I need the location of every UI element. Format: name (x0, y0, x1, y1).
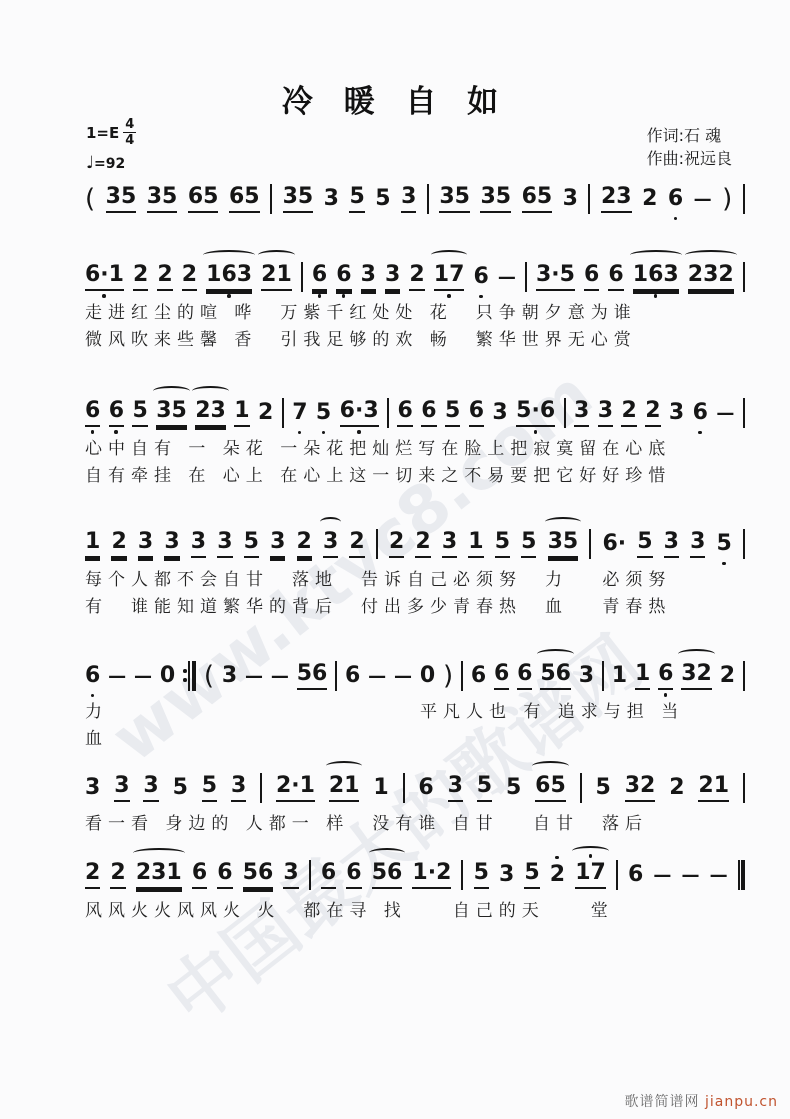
system-5: 6——0(3——566——0)666563116322力平凡人也 有 追求与担 … (85, 655, 745, 751)
note-token: 6 (345, 664, 360, 688)
note-token: 3 (323, 530, 338, 557)
note-token: 2 (85, 861, 100, 888)
barline (335, 661, 337, 691)
barline (309, 860, 311, 890)
dash-extension: — (394, 666, 412, 687)
barline (743, 773, 745, 803)
note-token: 3 (492, 401, 507, 425)
note-token: 2 (349, 530, 364, 557)
barline (564, 398, 566, 428)
note-token: 6 (471, 664, 486, 688)
barline (588, 184, 590, 214)
note-token: 35 (106, 185, 137, 212)
note-token: 6 (109, 399, 124, 426)
barline (743, 262, 745, 292)
note-token: 3 (143, 774, 158, 801)
dash-extension: — (498, 267, 516, 288)
notation-line: 6——0(3——566——0)666563116322 (85, 655, 745, 697)
note-token: 2 (645, 399, 660, 426)
note-token: 6 (473, 265, 488, 289)
note-token: 65 (188, 185, 219, 212)
dash-extension: — (716, 403, 734, 424)
lyric-line: 风风火火风风火 火 都在寻 找 自己的天 堂 (85, 896, 745, 923)
lyric-line: 微风吹来些馨 香 引我足够的欢 畅 繁华世界无心赏 (85, 325, 745, 352)
notation-line: 12333353232223155356·5335 (85, 523, 745, 565)
note-token: 3 (442, 530, 457, 557)
note-token: 3 (669, 401, 684, 425)
note-token: 6 (668, 187, 683, 211)
lyric-line: 自有牵挂 在 心上 在心上这一切来之不易要把它好好珍惜 (85, 461, 745, 488)
dash-extension: — (694, 189, 712, 210)
note-token: 2 (669, 776, 684, 800)
note-token: 232 (688, 263, 734, 290)
lyric-segment: 力 (85, 697, 108, 722)
key-signature-block: 1=E 4 4 ♩=92 (86, 118, 136, 173)
note-token: 5 (637, 530, 652, 557)
lyricist-credit: 作词:石 魂 (647, 124, 732, 147)
note-token: 3 (270, 530, 285, 557)
note-token: 6 (421, 399, 436, 426)
barline (461, 860, 463, 890)
repeat-barline (183, 661, 196, 691)
note-token: 6 (469, 399, 484, 426)
dash-extension: — (653, 865, 671, 886)
note-token: 2 (389, 530, 404, 557)
parenthesis: ) (443, 663, 453, 689)
note-token: 5 (375, 187, 390, 211)
dash-extension: — (271, 666, 289, 687)
lyric-line: 血 (85, 724, 745, 751)
note-token: 1 (635, 662, 650, 689)
barline (743, 398, 745, 428)
note-token: 17 (575, 861, 606, 888)
note-token: 2 (415, 530, 430, 557)
lyric-line: 看一看 身边的 人都一 样 没有谁 自甘 自甘 落后 (85, 809, 745, 836)
note-token: 21 (698, 774, 729, 801)
note-token: 56 (372, 861, 403, 888)
note-token: 56 (297, 662, 328, 689)
barline (616, 860, 618, 890)
note-token: 35 (156, 399, 187, 426)
note-token: 2 (157, 263, 172, 290)
note-token: 3 (231, 774, 246, 801)
note-token: 3 (324, 187, 339, 211)
note-token: 3 (164, 530, 179, 557)
note-token: 3 (448, 774, 463, 801)
note-token: 5 (474, 861, 489, 888)
note-token: 6 (85, 399, 100, 426)
note-token: 5 (596, 776, 611, 800)
note-token: 2 (111, 530, 126, 557)
sheet-page: 冷 暖 自 如 1=E 4 4 ♩=92 作词:石 魂 作曲:祝远良 www.k… (0, 0, 790, 1119)
lyric-line: 每个人都不会自甘 落地 告诉自己必须努 力 必须努 (85, 565, 745, 592)
system-2: 6·12221632166332176—3·566163232走进红尘的喧 哗 … (85, 256, 745, 352)
parenthesis: ) (722, 186, 732, 212)
note-token: 6 (346, 861, 361, 888)
barline (580, 773, 582, 803)
note-token: 6 (608, 263, 623, 290)
note-token: 3 (385, 263, 400, 290)
note-token: 2 (258, 401, 273, 425)
lyric-segment: 血 (85, 724, 108, 749)
barline (260, 773, 262, 803)
system-3: 665352312756·3665635·6332236—心中自有 一 朵花 一… (85, 392, 745, 488)
parenthesis: ( (204, 663, 214, 689)
note-token: 0 (420, 664, 435, 688)
notation-line: 3335532·1211635565532221 (85, 767, 745, 809)
note-token: 56 (540, 662, 571, 689)
note-token: 3 (598, 399, 613, 426)
note-token: 2 (133, 263, 148, 290)
note-token: 5 (132, 399, 147, 426)
dash-extension: — (368, 666, 386, 687)
lyric-line: 力平凡人也 有 追求与担 当 (85, 697, 745, 724)
key-signature: 1=E (86, 124, 119, 142)
note-token: 3·5 (536, 263, 575, 290)
note-token: 3 (574, 399, 589, 426)
note-token: 35 (283, 185, 314, 212)
lyric-line: 走进红尘的喧 哗 万紫千红处处 花 只争朝夕意为谁 (85, 298, 745, 325)
note-token: 65 (229, 185, 260, 212)
note-token: 6 (85, 664, 100, 688)
note-token: 5 (173, 776, 188, 800)
lyric-segment: 风风火火风风火 火 都在寻 找 自己的天 堂 (85, 896, 614, 921)
note-token: 3 (114, 774, 129, 801)
note-token: 2 (642, 187, 657, 211)
lyric-segment: 微风吹来些馨 香 引我足够的欢 畅 繁华世界无心赏 (85, 325, 637, 350)
note-token: 23 (601, 185, 632, 212)
dash-extension: — (682, 865, 700, 886)
note-token: 6·3 (340, 399, 379, 426)
footer-site-name: 歌谱简谱网 (625, 1094, 700, 1110)
notation-line: 6·12221632166332176—3·566163232 (85, 256, 745, 298)
note-token: 6 (321, 861, 336, 888)
note-token: 3 (283, 861, 298, 888)
time-signature-numerator: 4 (123, 118, 136, 133)
note-token: 6 (693, 401, 708, 425)
note-token: 6 (418, 776, 433, 800)
barline (743, 184, 745, 214)
note-token: 2 (110, 861, 125, 888)
lyric-segment: 有 谁能知道繁华的背后 付出多少青春热 血 青春热 (85, 592, 671, 617)
note-token: 17 (434, 263, 465, 290)
final-barline (738, 860, 745, 890)
note-token: 163 (633, 263, 679, 290)
note-token: 6 (494, 662, 509, 689)
system-4: 12333353232223155356·5335每个人都不会自甘 落地 告诉自… (85, 523, 745, 619)
barline (589, 529, 591, 559)
note-token: 5 (477, 774, 492, 801)
note-token: 21 (329, 774, 360, 801)
time-signature-denominator: 4 (125, 133, 134, 147)
barline (427, 184, 429, 214)
score: (3535656535355335356532326—)6·1222163216… (85, 178, 745, 923)
barline (743, 529, 745, 559)
note-token: 35 (439, 185, 470, 212)
note-token: 3 (664, 530, 679, 557)
note-token: 0 (160, 664, 175, 688)
lyric-segment: 每个人都不会自甘 落地 告诉自己必须努 力 必须努 (85, 565, 671, 590)
note-token: 1 (85, 530, 100, 557)
note-token: 3 (361, 263, 376, 290)
lyric-segment: 看一看 身边的 人都一 样 没有谁 自甘 自甘 落后 (85, 809, 648, 834)
lyric-segment: 平凡人也 有 追求与担 当 (420, 697, 684, 722)
note-token: 3 (690, 530, 705, 557)
note-token: 2 (720, 664, 735, 688)
note-token: 2 (409, 263, 424, 290)
dash-extension: — (134, 666, 152, 687)
note-token: 3 (191, 530, 206, 557)
barline (270, 184, 272, 214)
note-token: 3 (138, 530, 153, 557)
note-token: 1 (373, 776, 388, 800)
credits-block: 作词:石 魂 作曲:祝远良 (647, 124, 732, 170)
note-token: 2 (621, 399, 636, 426)
tempo-value: =92 (94, 156, 125, 172)
note-token: 6 (192, 861, 207, 888)
note-token: 2 (550, 863, 565, 887)
note-token: 5 (495, 530, 510, 557)
lyric-segment: 心中自有 一 朵花 一朵花把灿烂写在脸上把寂寞留在心底 (85, 434, 671, 459)
note-token: 2·1 (276, 774, 315, 801)
notation-line: (3535656535355335356532326—) (85, 178, 745, 220)
quarter-note-icon: ♩ (86, 153, 94, 173)
tempo-marking: ♩=92 (86, 153, 136, 173)
barline (387, 398, 389, 428)
note-token: 35 (480, 185, 511, 212)
dash-extension: — (245, 666, 263, 687)
note-token: 3 (217, 530, 232, 557)
lyric-segment: 走进红尘的喧 哗 万紫千红处处 花 只争朝夕意为谁 (85, 298, 637, 323)
note-token: 1 (612, 664, 627, 688)
note-token: 6 (217, 861, 232, 888)
note-token: 5 (349, 185, 364, 212)
note-token: 6 (312, 263, 327, 290)
note-token: 231 (136, 861, 182, 888)
note-token: 5 (244, 530, 259, 557)
barline (602, 661, 604, 691)
note-token: 3 (579, 664, 594, 688)
dash-extension: — (108, 666, 126, 687)
barline (403, 773, 405, 803)
time-signature: 4 4 (123, 118, 136, 147)
system-6: 3335532·1211635565532221看一看 身边的 人都一 样 没有… (85, 767, 745, 836)
note-token: 1·2 (412, 861, 451, 888)
note-token: 65 (522, 185, 553, 212)
note-token: 65 (535, 774, 566, 801)
note-token: 56 (243, 861, 274, 888)
note-token: 5·6 (516, 399, 555, 426)
note-token: 5 (316, 401, 331, 425)
barline (376, 529, 378, 559)
note-token: 5 (717, 532, 732, 556)
note-token: 32 (681, 662, 712, 689)
note-token: 7 (292, 401, 307, 425)
note-token: 3 (499, 863, 514, 887)
note-token: 23 (195, 399, 226, 426)
note-token: 3 (85, 776, 100, 800)
note-token: 6·1 (85, 263, 124, 290)
lyric-segment: 自有牵挂 在 心上 在心上这一切来之不易要把它好好珍惜 (85, 461, 671, 486)
parenthesis: ( (85, 186, 95, 212)
note-token: 6 (336, 263, 351, 290)
note-token: 3 (222, 664, 237, 688)
dash-extension: — (710, 865, 728, 886)
note-token: 35 (147, 185, 178, 212)
note-token: 2 (182, 263, 197, 290)
note-token: 2 (297, 530, 312, 557)
barline (282, 398, 284, 428)
note-token: 5 (521, 530, 536, 557)
notation-line: 222316656366561·25352176——— (85, 854, 745, 896)
note-token: 3 (563, 187, 578, 211)
song-title: 冷 暖 自 如 (0, 76, 790, 121)
composer-credit: 作曲:祝远良 (647, 147, 732, 170)
barline (525, 262, 527, 292)
system-1: (3535656535355335356532326—) (85, 178, 745, 220)
barline (301, 262, 303, 292)
note-token: 163 (206, 263, 252, 290)
note-token: 1 (468, 530, 483, 557)
note-token: 5 (445, 399, 460, 426)
note-token: 5 (524, 861, 539, 888)
note-token: 32 (625, 774, 656, 801)
system-7: 222316656366561·25352176———风风火火风风火 火 都在寻… (85, 854, 745, 923)
footer-site-link[interactable]: jianpu.cn (705, 1094, 778, 1110)
note-token: 6 (658, 662, 673, 689)
note-token: 3 (401, 185, 416, 212)
note-token: 5 (202, 774, 217, 801)
note-token: 6· (602, 532, 626, 556)
lyric-line: 心中自有 一 朵花 一朵花把灿烂写在脸上把寂寞留在心底 (85, 434, 745, 461)
note-token: 21 (261, 263, 292, 290)
note-token: 5 (506, 776, 521, 800)
note-token: 6 (397, 399, 412, 426)
note-token: 35 (548, 530, 579, 557)
note-token: 1 (234, 399, 249, 426)
footer-credit: 歌谱简谱网 jianpu.cn (625, 1091, 778, 1111)
notation-line: 665352312756·3665635·6332236— (85, 392, 745, 434)
note-token: 6 (628, 863, 643, 887)
barline (461, 661, 463, 691)
lyric-line: 有 谁能知道繁华的背后 付出多少青春热 血 青春热 (85, 592, 745, 619)
note-token: 6 (517, 662, 532, 689)
note-token: 6 (584, 263, 599, 290)
barline (743, 661, 745, 691)
